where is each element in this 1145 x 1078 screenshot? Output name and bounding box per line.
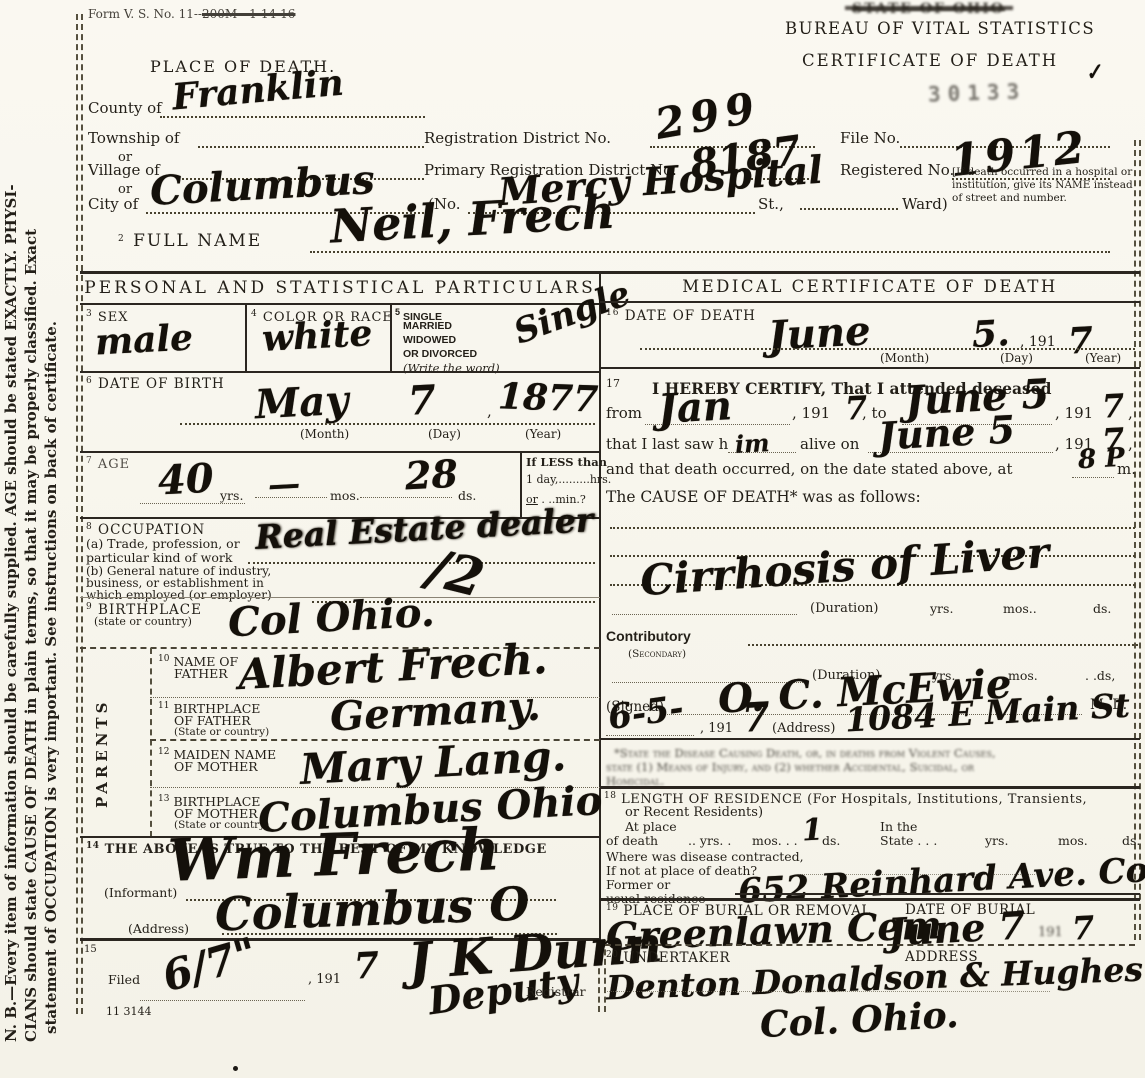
informant-address-label: (Address) — [128, 922, 189, 936]
file-number-stamp: 30133 — [928, 80, 1027, 107]
marital-label-2: MARRIED — [403, 321, 452, 333]
dob-year-value: 1877 — [497, 378, 598, 417]
father-birthplace-value: Germany. — [329, 687, 541, 738]
dob-label-text: DATE OF BIRTH — [98, 376, 225, 392]
medical-rule-3 — [600, 786, 1140, 789]
race-value: white — [261, 315, 373, 357]
filed-label: Filed — [108, 973, 140, 987]
certify-from-word: from — [606, 405, 642, 422]
dob-number: 6 — [86, 376, 93, 386]
full-name-label-text: FULL NAME — [133, 231, 262, 251]
form-code: 11 3144 — [106, 1006, 152, 1018]
age-mos-label: mos. — [330, 489, 360, 503]
in-state-mos: mos. — [1058, 834, 1088, 848]
if-less-line1: If LESS than — [526, 456, 607, 469]
signed-year-print: , 191 — [700, 722, 733, 737]
at-place-line2: of death — [606, 834, 658, 848]
certify-time-m: m. — [1117, 461, 1136, 478]
burial-year-value: 7 — [1071, 911, 1095, 944]
certify-from-year: , 191 — [792, 405, 830, 422]
burial-year-print: 191 — [1038, 926, 1063, 941]
duration2-ds: . .ds, — [1085, 669, 1115, 683]
former-residence-label1: Former or — [606, 878, 670, 892]
full-name-value: Neil, Frech — [329, 189, 616, 250]
dod-label-text: DATE OF DEATH — [625, 308, 756, 324]
stray-ink-dot — [233, 1066, 238, 1071]
sex-value: male — [94, 319, 194, 360]
medical-rule-1 — [600, 367, 1140, 369]
undertaker-address-value: Col. Ohio. — [759, 997, 959, 1043]
undertaker-line — [605, 991, 1050, 992]
age-days-value: 28 — [404, 455, 459, 496]
left-border-outer — [76, 14, 78, 1014]
township-line — [198, 146, 424, 148]
in-state-ds: ds. — [1122, 834, 1140, 848]
right-border-inner — [1139, 140, 1141, 940]
age-yrs-label: yrs. — [220, 489, 243, 503]
township-label: Township of — [88, 130, 179, 147]
contributory-label: Contributory — [606, 629, 691, 645]
duration1-mos: mos.. — [1003, 602, 1037, 616]
at-place-yrs: .. yrs. . — [688, 834, 731, 848]
birthplace-sub-label: (state or country) — [94, 616, 192, 628]
secondary-label: (Secondary) — [628, 649, 686, 661]
residence-number: 18 — [604, 791, 616, 801]
at-place-ds: ds. — [822, 834, 840, 848]
age-label-text: AGE — [98, 457, 130, 472]
dod-day-cap: (Day) — [1000, 352, 1033, 365]
duration2-mos: mos. — [1008, 669, 1038, 683]
burial-rule — [605, 944, 1135, 946]
certify-from-value: Jan — [657, 386, 733, 430]
dod-label: 16 DATE OF DEATH — [606, 308, 756, 324]
table-top-rule — [80, 271, 1140, 274]
filed-year-print: , 191 — [308, 973, 341, 988]
cause-footnote-2: state (1) Means of Injury, and (2) wheth… — [606, 761, 974, 774]
filed-year-value: 7 — [353, 947, 380, 984]
full-name-number: 2 — [118, 234, 126, 244]
dob-month-value: May — [254, 381, 349, 426]
dod-year-cap: (Year) — [1085, 352, 1121, 365]
pen-check-mark: ✓ — [1083, 60, 1104, 83]
duration1-yrs: yrs. — [930, 602, 953, 616]
where-contracted-line1: Where was disease contracted, — [606, 850, 804, 864]
in-state-line1: In the — [880, 820, 917, 834]
marital-number: 5 — [395, 307, 400, 317]
age-label: 7 AGE — [86, 456, 130, 473]
hospital-note: [If death occurred in a hospital or inst… — [952, 166, 1138, 205]
in-state-yrs: yrs. — [985, 834, 1008, 848]
age-ds-label: ds. — [458, 489, 476, 503]
signed-date-value: 6-5- — [606, 691, 686, 735]
if-less-line2: 1 day,.........hrs. — [526, 474, 611, 486]
full-name-line — [310, 251, 1110, 253]
signed-date-line — [606, 735, 694, 736]
cause-of-death-value: Cirrhosis of Liver — [639, 532, 1050, 602]
city-label: City of — [88, 196, 138, 213]
occupation-a-value: Real Estate dealer — [254, 503, 594, 554]
at-place-days-value: 1 — [801, 815, 823, 846]
row-rule-1 — [80, 371, 600, 373]
margin-note-line2: CIANS should state CAUSE OF DEATH in pla… — [23, 122, 40, 1042]
duration1-label: (Duration) — [810, 602, 879, 617]
ward-label: Ward) — [902, 196, 948, 213]
mother-name-label2: OF MOTHER — [174, 760, 258, 774]
filed-line — [140, 1000, 305, 1001]
parents-divider — [150, 648, 152, 837]
dod-line — [640, 348, 1135, 350]
dob-year-cap: (Year) — [525, 428, 561, 441]
age-line-2 — [255, 497, 327, 498]
father-birthplace-sub: (State or country) — [174, 727, 269, 739]
signed-address-label: (Address) — [772, 722, 835, 737]
dob-day-value: 7 — [407, 380, 437, 421]
medical-rule-4 — [600, 898, 1140, 901]
row-rule-2 — [80, 451, 600, 453]
cause-line-1 — [610, 527, 1135, 529]
occupation-number: 8 — [86, 522, 93, 532]
county-line — [160, 116, 425, 118]
certify-to-comma: , — [1128, 405, 1133, 422]
certify-number: 17 — [606, 378, 620, 390]
where-contracted-line2: If not at place of death? — [606, 864, 757, 878]
registered-no-label: Registered No. — [840, 162, 954, 179]
duration1-ds: ds. — [1093, 602, 1111, 616]
medical-title-rule — [600, 301, 1140, 303]
left-border-inner — [81, 14, 83, 1014]
death-certificate-scan: N. B.—Every item of information should b… — [0, 0, 1145, 1078]
birthplace-value: Col Ohio. — [227, 593, 435, 644]
file-no-label: File No. — [840, 130, 900, 147]
certify-died-line: and that death occurred, on the date sta… — [606, 461, 1013, 478]
certify-to-year: , 191 — [1055, 405, 1093, 422]
personal-section-title: PERSONAL AND STATISTICAL PARTICULARS — [80, 279, 600, 298]
sex-number: 3 — [86, 309, 93, 319]
age-years-value: 40 — [157, 459, 215, 502]
certify-time-line — [1072, 477, 1114, 478]
right-border-outer — [1134, 140, 1136, 940]
dob-comma: , — [487, 403, 492, 420]
birthplace-number: 9 — [86, 602, 93, 612]
cause-footnote-1: *State the Disease Causing Death, or, in… — [614, 747, 996, 760]
bureau-title: BUREAU OF VITAL STATISTICS — [785, 20, 1095, 38]
duration1-line — [612, 614, 797, 615]
dod-month-cap: (Month) — [880, 352, 929, 365]
full-name-label: 2 FULL NAME — [118, 232, 262, 251]
cause-title: The CAUSE OF DEATH* was as follows: — [606, 489, 921, 506]
undertaker-number: 20 — [606, 950, 618, 960]
certificate-title: CERTIFICATE OF DEATH — [802, 52, 1058, 70]
signed-year-value: 7 — [741, 697, 771, 738]
certify-saw-pre: that I last saw h — [606, 436, 728, 453]
sex-race-divider — [245, 304, 247, 372]
dob-month-cap: (Month) — [300, 428, 349, 441]
medical-rule-2 — [600, 738, 1140, 740]
former-residence-underline — [735, 893, 1140, 895]
informant-label: (Informant) — [104, 886, 177, 900]
ward-line — [800, 208, 898, 210]
reg-district-label: Registration District No. — [424, 130, 611, 147]
contributory-line — [748, 644, 1138, 646]
state-title: STATE OF OHIO — [852, 2, 1005, 18]
certify-saw-mid: alive on — [800, 436, 859, 453]
marital-label-4: OR DIVORCED — [403, 349, 477, 361]
race-number: 4 — [251, 309, 258, 319]
dob-day-cap: (Day) — [428, 428, 461, 441]
certify-him-value: im — [734, 431, 770, 457]
form-number: Form V. S. No. 11--200M—1-14-16 — [88, 8, 295, 21]
father-name-label2: FATHER — [174, 667, 228, 681]
occupation-a-line — [248, 562, 595, 564]
margin-note-line1: N. B.—Every item of information should b… — [3, 107, 20, 1042]
father-birthplace-number: 11 — [158, 701, 169, 711]
medical-section-title: MEDICAL CERTIFICATE OF DEATH — [600, 278, 1140, 296]
mother-number: 12 — [158, 747, 169, 757]
st-label: St., — [758, 196, 784, 213]
dod-number: 16 — [606, 308, 619, 318]
at-place-mos: mos. . . — [752, 834, 798, 848]
county-label: County of — [88, 100, 162, 117]
at-place-line1: At place — [625, 820, 677, 834]
form-number-part2: 200M—1-14-16 — [202, 7, 295, 21]
affirm-number: 14 — [86, 841, 100, 851]
dob-label: 6 DATE OF BIRTH — [86, 376, 225, 392]
age-months-value: — — [267, 467, 301, 501]
age-line-1 — [140, 503, 245, 504]
in-state-line2: State . . . — [880, 834, 937, 848]
certify-to-year-value: 7 — [1101, 389, 1125, 422]
occupation-a-line2: particular kind of work — [86, 551, 232, 565]
dob-line — [180, 423, 595, 425]
occupation-a-line1: (a) Trade, profession, or — [86, 537, 240, 551]
registrar-label: Registrar — [526, 985, 586, 999]
personal-title-rule — [80, 303, 600, 305]
certify-saw-date-value: June 5 — [877, 410, 1016, 455]
burial-number: 19 — [606, 903, 618, 913]
father-number: 10 — [158, 654, 169, 664]
age-number: 7 — [86, 456, 93, 466]
filed-number: 15 — [84, 944, 97, 955]
mother-birthplace-number: 13 — [158, 794, 169, 804]
filed-date-value: 6/7" — [158, 932, 262, 999]
marital-label-3: WIDOWED — [403, 335, 456, 347]
race-marital-divider — [390, 304, 392, 372]
form-number-part1: Form V. S. No. 11-- — [88, 7, 202, 21]
parents-label: PARENTS — [94, 658, 111, 808]
margin-note-line3: statement of OCCUPATION is very importan… — [43, 524, 60, 1034]
certify-saw-comma: , — [1128, 436, 1133, 453]
